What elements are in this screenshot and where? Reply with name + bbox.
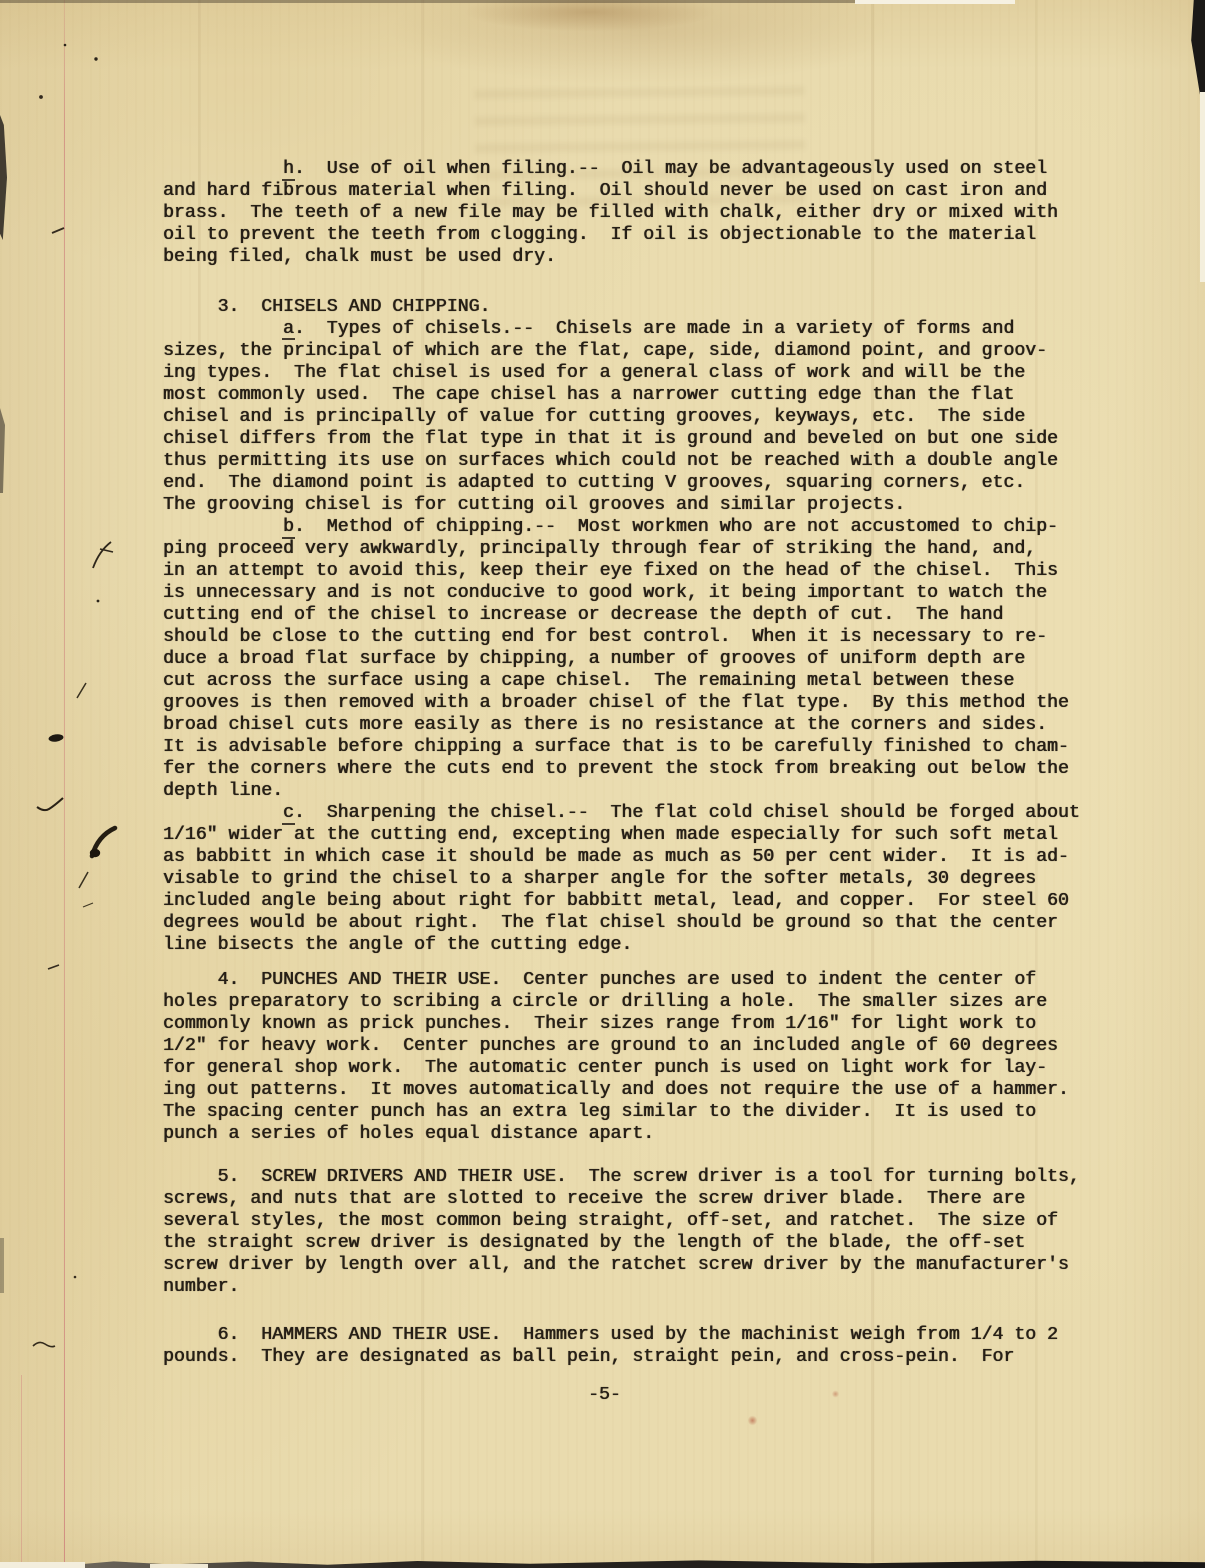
ink-stroke — [100, 549, 113, 552]
ink-blot — [48, 733, 64, 742]
ink-blot — [90, 849, 100, 857]
underline-letter-c — [282, 823, 295, 825]
ink-speck — [97, 600, 100, 603]
underline-letter-b — [282, 537, 295, 539]
underline-letter-h — [282, 179, 295, 181]
page-edge-bottom-highlight — [150, 1564, 208, 1568]
page-edge-top — [0, 0, 858, 3]
page-number: -5- — [588, 1384, 621, 1406]
ink-squiggle — [33, 1342, 55, 1346]
page-edge-top-highlight — [855, 0, 1015, 4]
section-6-hammers: 6. HAMMERS AND THEIR USE. Hammers used b… — [163, 1324, 1058, 1368]
page-edge-bottom-highlight — [0, 1562, 85, 1568]
red-ink-speck — [832, 1390, 839, 1398]
ink-dash — [83, 903, 93, 907]
ink-speck — [94, 57, 97, 60]
page-edge-left — [0, 408, 5, 493]
page-edge-left — [0, 115, 7, 240]
ink-dash — [52, 228, 64, 233]
page-edge-right-highlight — [1200, 92, 1205, 282]
ink-stroke — [79, 872, 88, 888]
red-ink-speck — [748, 1415, 757, 1426]
section-5-screw-drivers: 5. SCREW DRIVERS AND THEIR USE. The scre… — [163, 1166, 1080, 1298]
ink-speck — [39, 95, 43, 99]
section-3-chisels-and-chipping: 3. CHISELS AND CHIPPING. a. Types of chi… — [163, 296, 1080, 956]
ink-speck — [74, 1276, 77, 1279]
ruled-margin-line-faint — [21, 1375, 22, 1568]
ink-heavy-stroke — [92, 828, 115, 856]
ink-stroke — [93, 542, 111, 568]
section-4-punches: 4. PUNCHES AND THEIR USE. Center punches… — [163, 969, 1069, 1145]
page-edge-left — [0, 1238, 4, 1293]
ink-check-mark — [37, 798, 63, 810]
page-edge-top-right — [1190, 0, 1205, 96]
ink-stroke — [77, 683, 86, 698]
ruled-margin-line — [64, 0, 65, 1568]
scanned-typewritten-page: h. Use of oil when filing.-- Oil may be … — [0, 0, 1205, 1568]
ink-dash — [48, 965, 59, 969]
paragraph-h-use-of-oil: h. Use of oil when filing.-- Oil may be … — [163, 158, 1058, 268]
underline-letter-a — [282, 338, 295, 340]
